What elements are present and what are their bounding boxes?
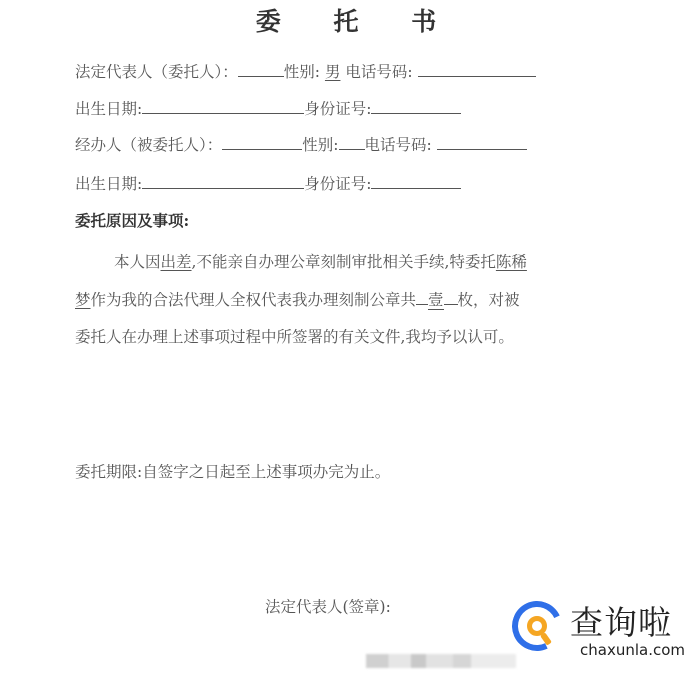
agent-name-blank[interactable] [222,135,302,150]
blank-pad [416,290,428,305]
blank-pad [444,290,458,305]
body-text: 本人因 [114,253,161,271]
blurred-date [366,654,516,668]
principal-label: 法定代表人（委托人）： [75,63,238,81]
agent-birth-blank[interactable] [142,174,304,189]
agent-phone-blank[interactable] [437,135,527,150]
signature-label: 法定代表人(签章): [265,595,391,617]
principal-birth-row: 出生日期:身份证号: [75,99,461,119]
principal-gender-label: 性别: [284,63,320,81]
principal-gender-value: 男 [325,63,341,81]
agent-name-value: 陈稀 [496,253,527,271]
agent-phone-label: 电话号码: [365,136,432,154]
brand-name-en: chaxunla.com [580,641,685,659]
principal-id-blank[interactable] [371,99,461,114]
body-text: 作为我的合法代理人全权代表我办理刻制公章共 [91,291,417,309]
agent-gender-label: 性别: [302,136,338,154]
agent-row: 经办人（被委托人）：性别:电话号码: [75,135,527,155]
agent-label: 经办人（被委托人）： [75,136,222,154]
reason-heading: 委托原因及事项: [75,211,189,231]
agent-birth-row: 出生日期:身份证号: [75,174,461,194]
principal-phone-label: 电话号码: [345,63,412,81]
seal-count-value: 壹 [428,291,444,310]
body-line-1: 本人因出差,不能亲自办理公章刻制审批相关手续,特委托陈稀 [114,250,527,272]
body-line-3: 委托人在办理上述事项过程中所签署的有关文件,我均予以认可。 [75,325,514,347]
reason-value: 出差 [161,253,192,271]
brand-name-cn: 查询啦 [570,597,672,644]
term-text: 委托期限:自签字之日起至上述事项办完为止。 [75,460,390,482]
principal-row: 法定代表人（委托人）：性别: 男 电话号码: [75,62,536,82]
agent-name-value-cont: 梦 [75,291,91,309]
body-line-2: 梦作为我的合法代理人全权代表我办理刻制公章共壹枚，对被 [75,288,520,310]
agent-gender-blank[interactable] [339,135,365,150]
watermark-logo: 查询啦 chaxunla.com [512,597,692,677]
agent-id-blank[interactable] [371,174,461,189]
document-title: 委 托 书 [0,2,692,38]
principal-birth-blank[interactable] [142,99,304,114]
principal-name-blank[interactable] [238,62,284,77]
body-text: 枚，对被 [458,291,520,309]
agent-birth-label: 出生日期: [75,175,142,193]
principal-id-label: 身份证号: [304,100,371,118]
agent-id-label: 身份证号: [304,175,371,193]
principal-birth-label: 出生日期: [75,100,142,118]
body-text: ,不能亲自办理公章刻制审批相关手续,特委托 [192,253,496,271]
principal-phone-blank[interactable] [418,62,536,77]
